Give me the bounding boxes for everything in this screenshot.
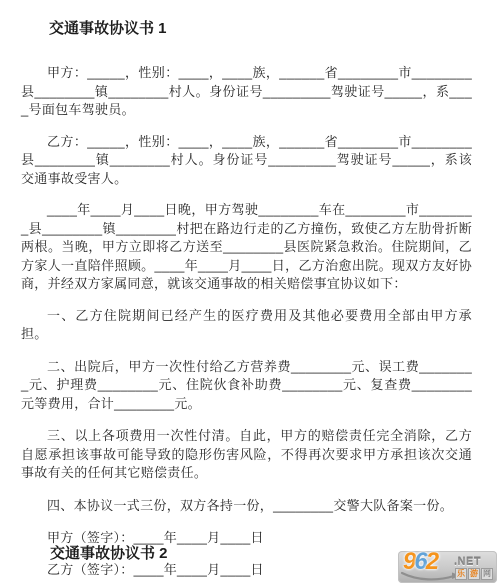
doc-title-2: 交通事故协议书 2 bbox=[50, 542, 168, 563]
doc-title-1: 交通事故协议书 1 bbox=[21, 20, 472, 37]
watermark-logo-962net: 962 .NET 乐 游 网 bbox=[398, 551, 497, 583]
paragraph-party-b: 乙方：_____，性别：____，____族，______省________市_… bbox=[21, 133, 472, 189]
logo-site-name: 乐 游 网 bbox=[455, 568, 493, 580]
document-page: 交通事故协议书 1 甲方：_____，性别：____，____族，______省… bbox=[0, 0, 500, 588]
clause-2: 二、出院后，甲方一次性付给乙方营养费________元、误工费________元… bbox=[21, 358, 472, 414]
site-char-le: 乐 bbox=[455, 568, 467, 580]
clause-4: 四、本协议一式三份，双方各持一份，________交警大队备案一份。 bbox=[21, 497, 472, 516]
paragraph-accident-description: ____年____月____日晚，甲方驾驶________车在________市… bbox=[21, 201, 472, 294]
paragraph-party-a: 甲方：_____，性别：____，____族，______省________市_… bbox=[21, 64, 472, 120]
clause-3: 三、以上各项费用一次性付清。自此，甲方的赔偿责任完全消除，乙方自愿承担该事故可能… bbox=[21, 427, 472, 483]
clause-1: 一、乙方住院期间已经产生的医疗费用及其他必要费用全部由甲方承担。 bbox=[21, 307, 472, 344]
swoosh-arrow-icon bbox=[400, 570, 462, 582]
site-char-you: 游 bbox=[468, 568, 480, 580]
logo-tld-net: .NET bbox=[454, 556, 481, 568]
site-char-wang: 网 bbox=[481, 568, 493, 580]
document-content: 交通事故协议书 1 甲方：_____，性别：____，____族，______省… bbox=[0, 0, 500, 579]
